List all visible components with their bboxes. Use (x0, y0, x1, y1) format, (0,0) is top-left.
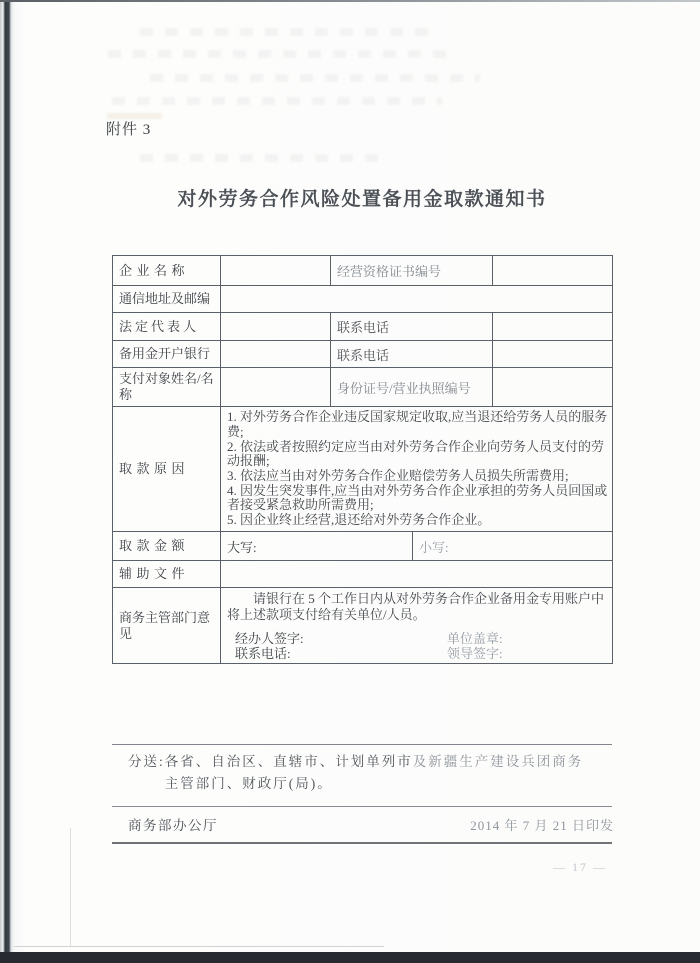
label-cert-number: 经营资格证书编号 (331, 256, 493, 286)
distribution-text: 及新疆生产建设兵团商务 (413, 754, 584, 769)
row-bank: 备用金开户银行 联系电话 (113, 341, 613, 368)
label-company-name: 企业名称 (113, 256, 221, 286)
label-id-number: 身份证号/营业执照编号 (331, 368, 493, 407)
reason-item: 1. 对外劳务合作企业违反国家规定收取,应当退还给劳务人员的服务费; (227, 410, 608, 439)
field-support-docs (221, 561, 613, 588)
label-phone-2: 联系电话 (331, 341, 493, 368)
leader-signature-label: 领导签字: (447, 646, 503, 661)
separator-line-bottom (112, 842, 612, 844)
paper-edge-shadow (14, 946, 384, 947)
field-amount-figures: 小写: (413, 532, 613, 561)
label-reason: 取款原因 (113, 407, 221, 532)
field-id-number (493, 368, 613, 407)
signature-row: 经办人签字: 单位盖章: (235, 631, 608, 646)
field-phone-2 (493, 341, 613, 368)
field-address (221, 286, 613, 313)
scanned-page: 附件 3 对外劳务合作风险处置备用金取款通知书 企业名称 经营资格证书编号 通信… (0, 0, 700, 963)
field-amount-words: 大写: (221, 532, 413, 561)
row-amount: 取款金额 大写: 小写: (113, 532, 613, 561)
reason-item: 5. 因企业终止经营,退还给对外劳务合作企业。 (227, 513, 608, 528)
opinion-instruction: 请银行在 5 个工作日内从对外劳务合作企业备用金专用账户中将上述款项支付给有关单… (227, 591, 608, 623)
distribution-note: 分送: 各省、自治区、直辖市、计划单列市及新疆生产建设兵团商务 主管部门、财政厅… (128, 751, 618, 795)
reason-item: 4. 因发生突发事件,应当由对外劳务合作企业承担的劳务人员回国或者接受紧急救助所… (227, 484, 608, 513)
row-authority-opinion: 商务主管部门意见 请银行在 5 个工作日内从对外劳务合作企业备用金专用账户中将上… (113, 588, 613, 664)
reason-item: 2. 依法或者按照约定应当由对外劳务合作企业向劳务人员支付的劳动报酬; (227, 440, 608, 469)
label-payee: 支付对象姓名/名称 (113, 368, 221, 407)
bleed-through-mark (112, 97, 442, 105)
document-title: 对外劳务合作风险处置备用金取款通知书 (112, 184, 612, 211)
signature-row: 联系电话: 领导签字: (235, 646, 608, 661)
bleed-through-mark (150, 74, 480, 82)
bleed-through-mark (140, 28, 440, 36)
label-phone-1: 联系电话 (331, 313, 493, 341)
page-number: — 17 — (536, 860, 624, 875)
label-address: 通信地址及邮编 (113, 286, 221, 313)
bleed-through-mark (140, 154, 390, 162)
distribution-text: 各省、自治区、直辖市、计划单列市 (165, 754, 413, 769)
row-payee: 支付对象姓名/名称 身份证号/营业执照编号 (113, 368, 613, 407)
separator-line-middle (112, 806, 612, 807)
signature-block: 经办人签字: 单位盖章: 联系电话: 领导签字: (235, 631, 608, 661)
field-phone-1 (493, 313, 613, 341)
attachment-label: 附件 3 (106, 118, 151, 139)
label-authority-opinion: 商务主管部门意见 (113, 588, 221, 664)
row-reason: 取款原因 1. 对外劳务合作企业违反国家规定收取,应当退还给劳务人员的服务费; … (113, 407, 613, 532)
issuing-office: 商务部办公厅 (128, 814, 218, 834)
reason-item: 3. 依法应当由对外劳务合作企业赔偿劳务人员损失所需费用; (227, 469, 608, 484)
distribution-text: 主管部门、财政厅(局)。 (165, 773, 584, 795)
field-legal-rep (221, 313, 331, 341)
field-company-name (221, 256, 331, 286)
bleed-through-mark (108, 50, 453, 58)
field-reason: 1. 对外劳务合作企业违反国家规定收取,应当退还给劳务人员的服务费; 2. 依法… (221, 407, 613, 532)
form-table: 企业名称 经营资格证书编号 通信地址及邮编 法定代表人 联系电话 备用金开户银行… (112, 255, 613, 664)
label-legal-rep: 法定代表人 (113, 313, 221, 341)
row-company-name: 企业名称 经营资格证书编号 (113, 256, 613, 286)
unit-seal-label: 单位盖章: (447, 631, 503, 646)
field-payee (221, 368, 331, 407)
field-cert-number (493, 256, 613, 286)
scan-edge-top (0, 0, 700, 2)
paper-crease (70, 828, 71, 946)
scan-edge-bottom (0, 952, 700, 963)
separator-line-top (112, 744, 612, 745)
row-legal-rep: 法定代表人 联系电话 (113, 313, 613, 341)
issue-date: 2014 年 7 月 21 日印发 (470, 815, 614, 834)
row-support-docs: 辅助文件 (113, 561, 613, 588)
label-support-docs: 辅助文件 (113, 561, 221, 588)
row-address: 通信地址及邮编 (113, 286, 613, 313)
field-bank (221, 341, 331, 368)
scan-edge-left (0, 0, 14, 963)
contact-phone-label: 联系电话: (235, 646, 447, 661)
label-amount: 取款金额 (113, 532, 221, 561)
handler-signature-label: 经办人签字: (235, 631, 447, 646)
distribution-label: 分送: (128, 751, 165, 795)
colophon: 商务部办公厅 2014 年 7 月 21 日印发 (128, 814, 614, 834)
field-authority-opinion: 请银行在 5 个工作日内从对外劳务合作企业备用金专用账户中将上述款项支付给有关单… (221, 588, 613, 664)
label-bank: 备用金开户银行 (113, 341, 221, 368)
